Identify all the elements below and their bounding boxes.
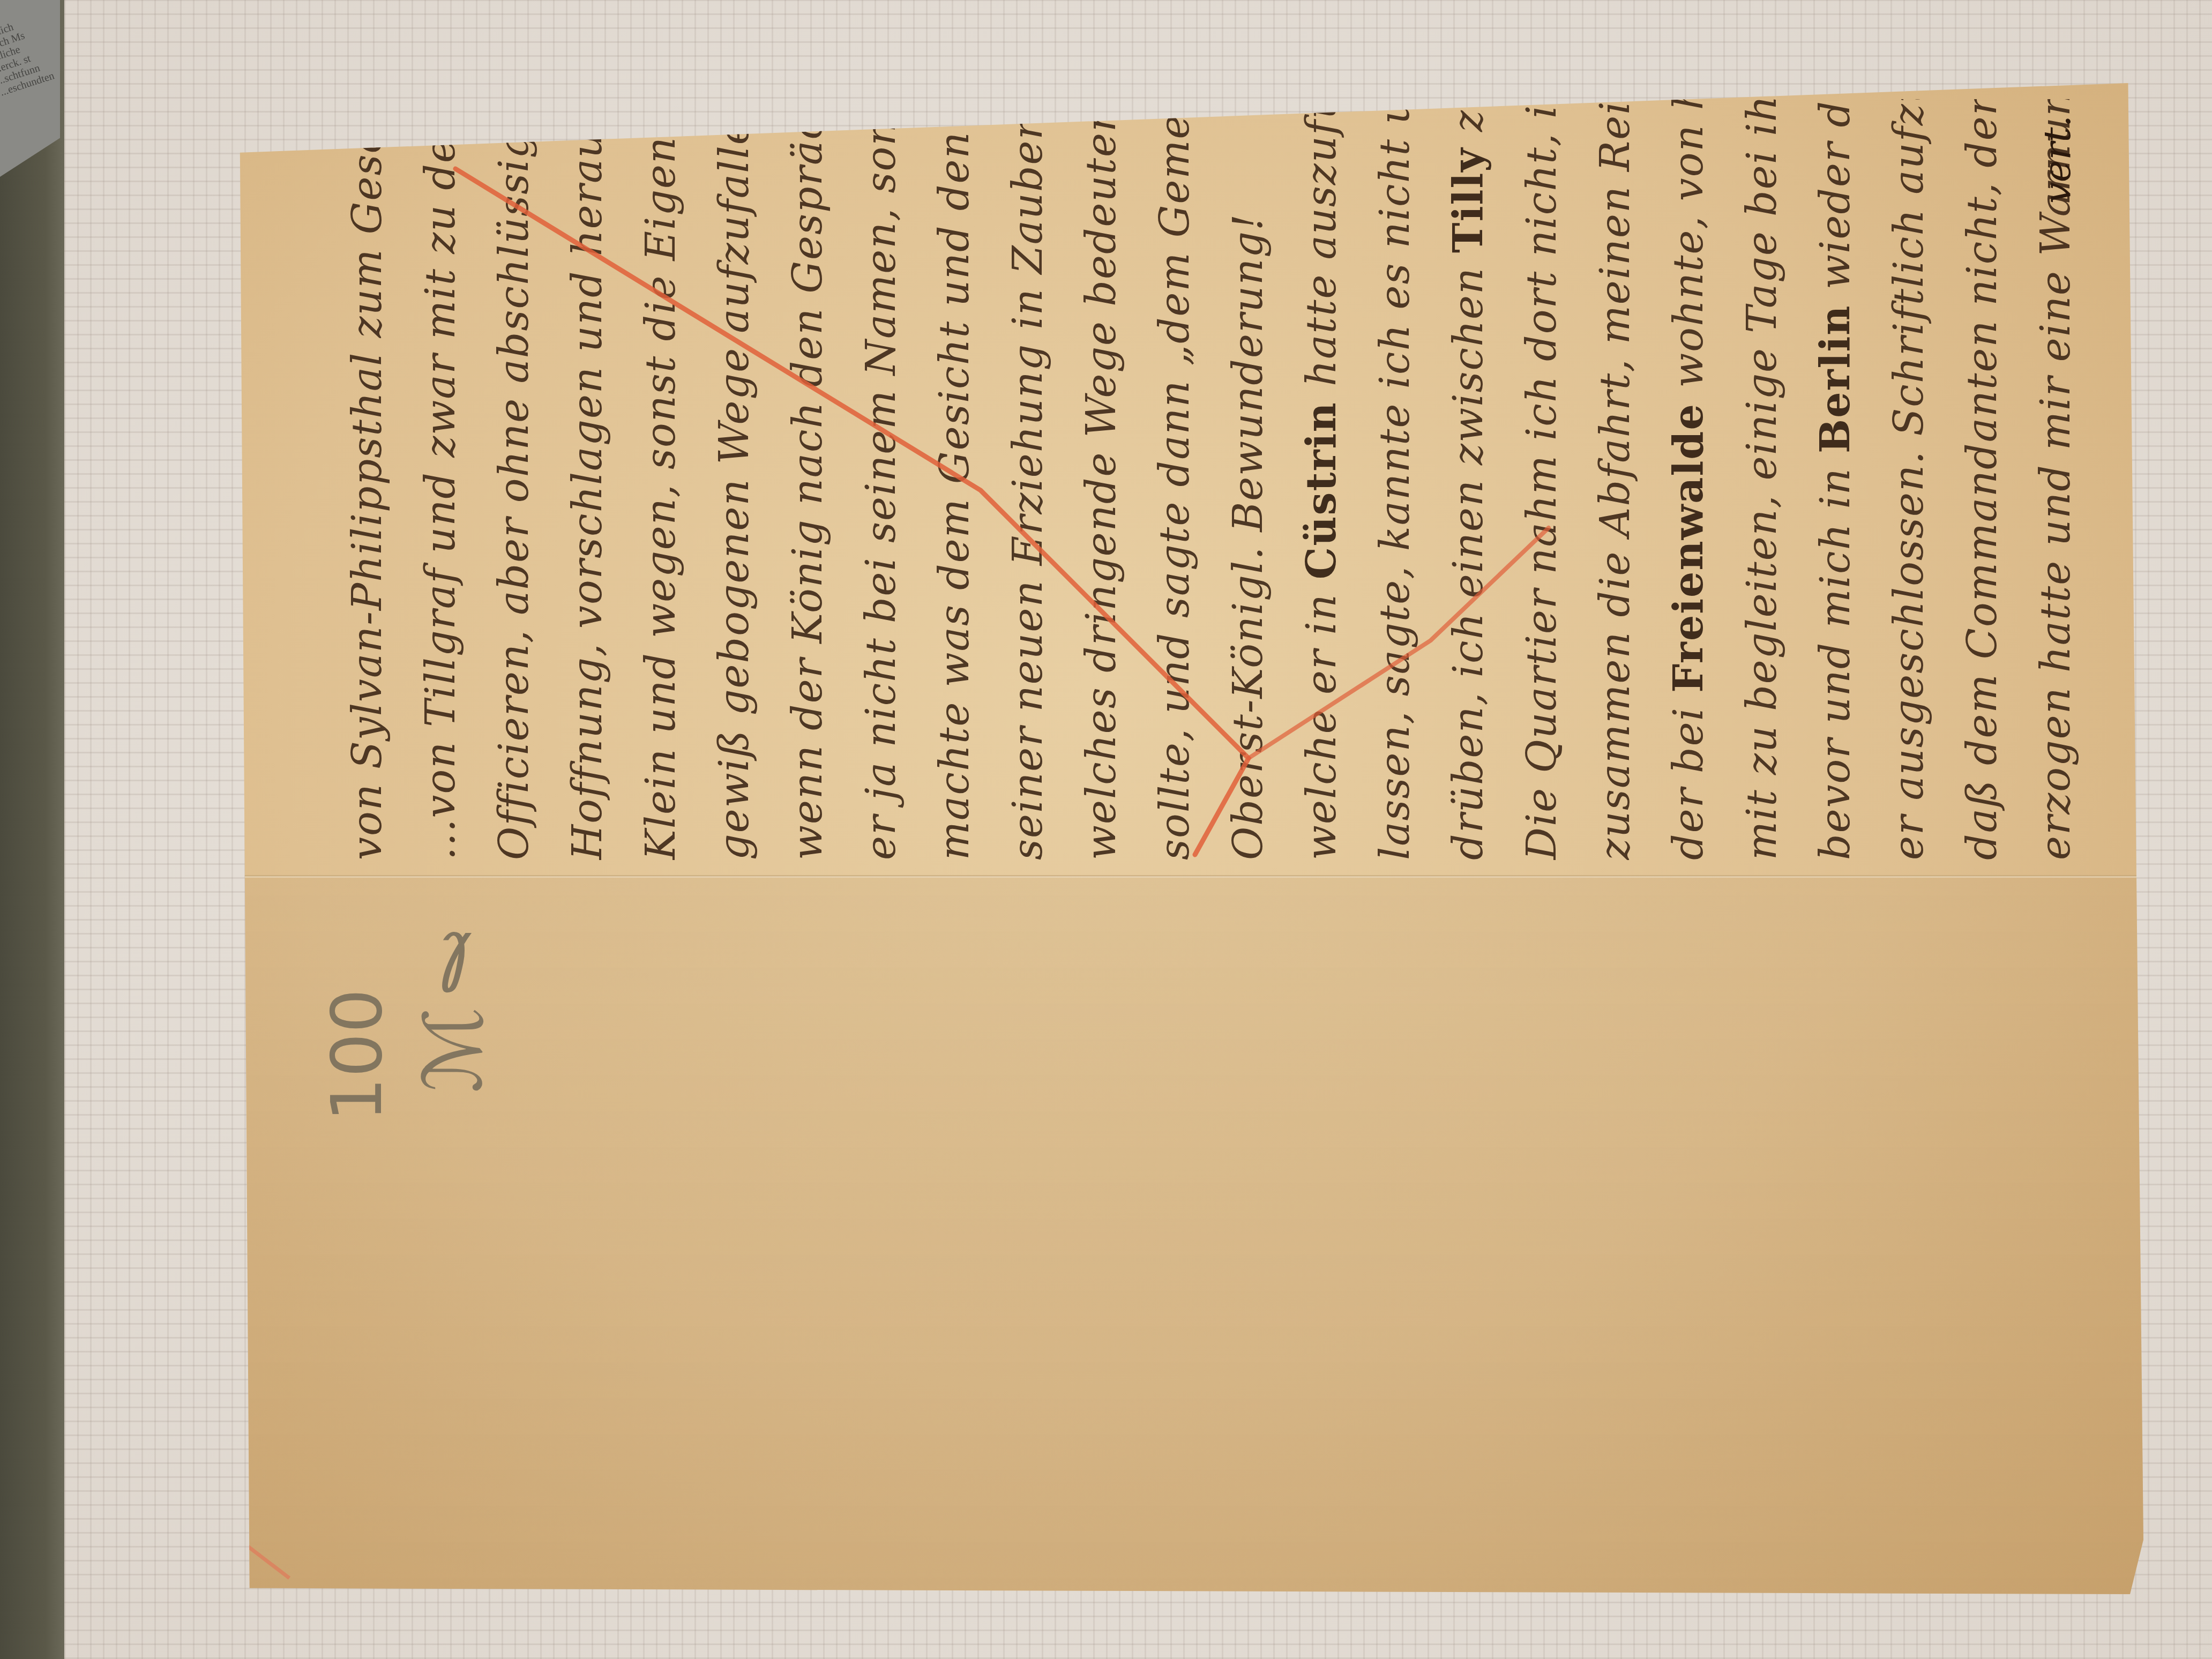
line-text-after: zu unsere <box>1444 99 1492 132</box>
handwritten-line: Oberst-Königl. Bewunderung! <box>1219 99 1277 860</box>
handwritten-line: seiner neuen Erziehung in Zaubereien, <box>998 99 1057 860</box>
line-text: erzogen hatte und mir eine Warnung <box>2031 99 2079 860</box>
handwritten-line: welches dringende Wege bedeuten <box>1072 99 1131 860</box>
dark-cloth-strip <box>0 0 64 1659</box>
latin-place-name: Freienwalde <box>1664 388 1712 693</box>
line-text: gewiß gebogenen Wege aufzufallend ab. <box>710 99 758 860</box>
line-text: der bei <box>1664 693 1712 860</box>
line-text: drüben, ich einen zwischen <box>1444 253 1492 860</box>
corner-note-vert: vert. <box>2035 115 2079 204</box>
line-text: er ja nicht bei seinem Namen, sondern <box>857 99 905 860</box>
handwritten-line: daß dem Commandanten nicht, der nicht <box>1953 99 2012 860</box>
line-text: sollte, und sagte dann „dem Gemeinen <box>1150 99 1198 860</box>
handwritten-line: wenn der König nach den Gespräch, so erw… <box>778 99 837 860</box>
handwritten-line: er ja nicht bei seinem Namen, sondern <box>851 99 910 860</box>
handwritten-line: Officieren, aber ohne abschlüssig <box>484 99 543 860</box>
handwritten-line: erzogen hatte und mir eine Warnung <box>2026 99 2085 860</box>
line-text: Oberst-Königl. Bewunderung! <box>1224 213 1272 860</box>
latin-place-name: Tilly <box>1444 132 1492 253</box>
line-text: ...von Tillgraf und zwar mit zu der <box>416 117 464 860</box>
handwritten-line: Klein und wegen, sonst die Eigenschaft <box>631 99 690 860</box>
pencil-folio-number: 100 <box>316 989 398 1122</box>
line-text-after: wohnte, von hier <box>1664 99 1712 388</box>
handwritten-line: ...von Tillgraf und zwar mit zu der <box>411 99 470 860</box>
scrap-text: ...erlich ...lich Ms ...tliche ...erck. … <box>0 5 60 99</box>
handwritten-line: bevor und mich in Berlin wieder den Colo… <box>1806 99 1865 860</box>
line-text: welches dringende Wege bedeuten <box>1077 104 1125 860</box>
latin-place-name: Cüstrin <box>1297 386 1345 579</box>
blank-lower-half <box>230 876 2143 1596</box>
line-text-after: wieder den Colon, <box>1811 99 1859 289</box>
line-text: lassen, sagte, kannte ich es nicht und b… <box>1371 99 1418 860</box>
handwritten-line: er ausgeschlossen. Schriftlich aufzuhebe… <box>1879 99 1938 860</box>
handwritten-line: Hoffnung, vorschlagen und heraubzuzig. <box>558 99 617 860</box>
line-text: welche er in <box>1297 579 1345 860</box>
latin-place-name: Berlin <box>1811 289 1859 453</box>
line-text: von Sylvan-Philippsthal zum Gesch. <box>343 99 391 860</box>
handwritten-line: lassen, sagte, kannte ich es nicht und b… <box>1365 99 1424 860</box>
handwritten-text-block: von Sylvan-Philippsthal zum Gesch. ...vo… <box>338 99 2106 876</box>
line-text: er ausgeschlossen. Schriftlich aufzuhebe… <box>1885 99 1932 860</box>
handwritten-line: Die Quartier nahm ich dort nicht, ich so… <box>1512 99 1571 860</box>
red-corner-mark-icon <box>241 1541 295 1583</box>
handwritten-line: machte was dem Gesicht und den Zeugs, <box>925 99 984 860</box>
line-text: seiner neuen Erziehung in Zaubereien, <box>1004 99 1051 860</box>
handwritten-line: der bei Freienwalde wohnte, von hier <box>1659 99 1718 860</box>
handwritten-line: welche er in Cüstrin hatte auszuführen <box>1292 99 1351 860</box>
line-text: Die Quartier nahm ich dort nicht, ich so… <box>1518 99 1565 860</box>
line-text-after: hatte auszuführen <box>1297 99 1345 386</box>
handwritten-line: mit zu begleiten, einige Tage bei ihr zu… <box>1732 99 1791 860</box>
line-text: Officieren, aber ohne abschlüssig <box>490 131 537 860</box>
handwritten-line: gewiß gebogenen Wege aufzufallend ab. <box>705 99 764 860</box>
handwritten-line: zusammen die Abfahrt, meinen Reisegefähr… <box>1586 99 1645 860</box>
line-text: wenn der König nach den Gespräch, so erw… <box>783 99 831 860</box>
handwritten-line: sollte, und sagte dann „dem Gemeinen <box>1145 99 1204 860</box>
line-text: Klein und wegen, sonst die Eigenschaft <box>637 99 684 860</box>
handwritten-line: drüben, ich einen zwischen Tilly zu unse… <box>1439 99 1498 860</box>
line-text: zusammen die Abfahrt, meinen Reisegefähr… <box>1591 99 1639 860</box>
handwritten-line: von Sylvan-Philippsthal zum Gesch. <box>338 99 397 860</box>
line-text: mit zu begleiten, einige Tage bei ihr zu… <box>1738 99 1785 860</box>
line-text: daß dem Commandanten nicht, der nicht <box>1958 99 2006 860</box>
line-text: bevor und mich in <box>1811 453 1859 860</box>
pencil-monogram: ℳℓ <box>407 914 500 1093</box>
letter-page: von Sylvan-Philippsthal zum Gesch. ...vo… <box>230 83 2143 1594</box>
line-text: machte was dem Gesicht und den Zeugs, <box>930 99 978 860</box>
line-text: Hoffnung, vorschlagen und heraubzuzig. <box>563 99 611 860</box>
